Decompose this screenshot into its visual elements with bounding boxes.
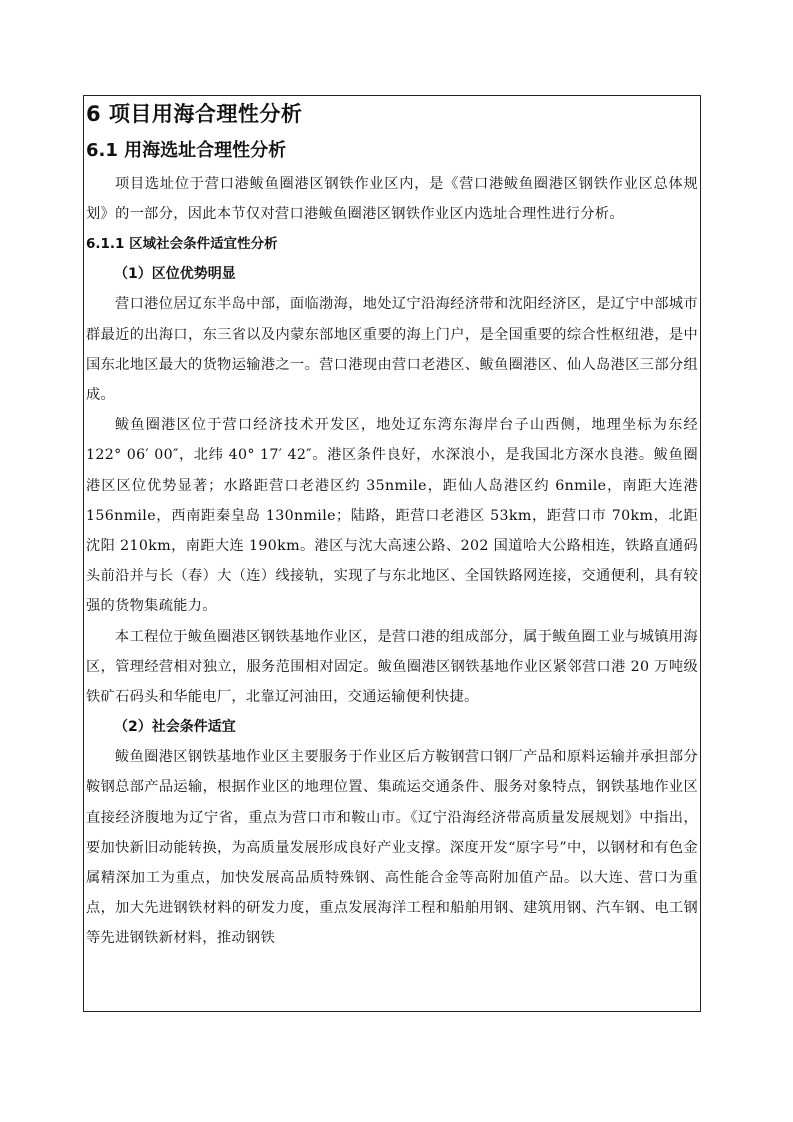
document-page-frame: 6 项目用海合理性分析 6.1 用海选址合理性分析 项目选址位于营口港鲅鱼圈港区… bbox=[83, 95, 701, 1012]
intro-paragraph: 项目选址位于营口港鲅鱼圈港区钢铁作业区内，是《营口港鲅鱼圈港区钢铁作业区总体规划… bbox=[86, 169, 698, 229]
body-paragraph: 鲅鱼圈港区钢铁基地作业区主要服务于作业区后方鞍钢营口钢厂产品和原料运输并承担部分… bbox=[86, 742, 698, 953]
chapter-title: 6 项目用海合理性分析 bbox=[86, 102, 698, 130]
section-title: 6.1 用海选址合理性分析 bbox=[86, 140, 698, 166]
subsection-title: 6.1.1 区域社会条件适宜性分析 bbox=[86, 229, 698, 259]
body-paragraph: 营口港位居辽东半岛中部，面临渤海，地处辽宁沿海经济带和沈阳经济区，是辽宁中部城市… bbox=[86, 289, 698, 410]
item-location-advantage: （1）区位优势明显 营口港位居辽东半岛中部，面临渤海，地处辽宁沿海经济带和沈阳经… bbox=[86, 259, 698, 712]
body-paragraph: 本工程位于鲅鱼圈港区钢铁基地作业区，是营口港的组成部分，属于鲅鱼圈工业与城镇用海… bbox=[86, 622, 698, 713]
body-paragraph: 鲅鱼圈港区位于营口经济技术开发区，地处辽东湾东海岸台子山西侧，地理坐标为东经 1… bbox=[86, 410, 698, 621]
item-social-conditions: （2）社会条件适宜 鲅鱼圈港区钢铁基地作业区主要服务于作业区后方鞍钢营口钢厂产品… bbox=[86, 712, 698, 953]
item-heading: （1）区位优势明显 bbox=[86, 259, 698, 289]
item-heading: （2）社会条件适宜 bbox=[86, 712, 698, 742]
